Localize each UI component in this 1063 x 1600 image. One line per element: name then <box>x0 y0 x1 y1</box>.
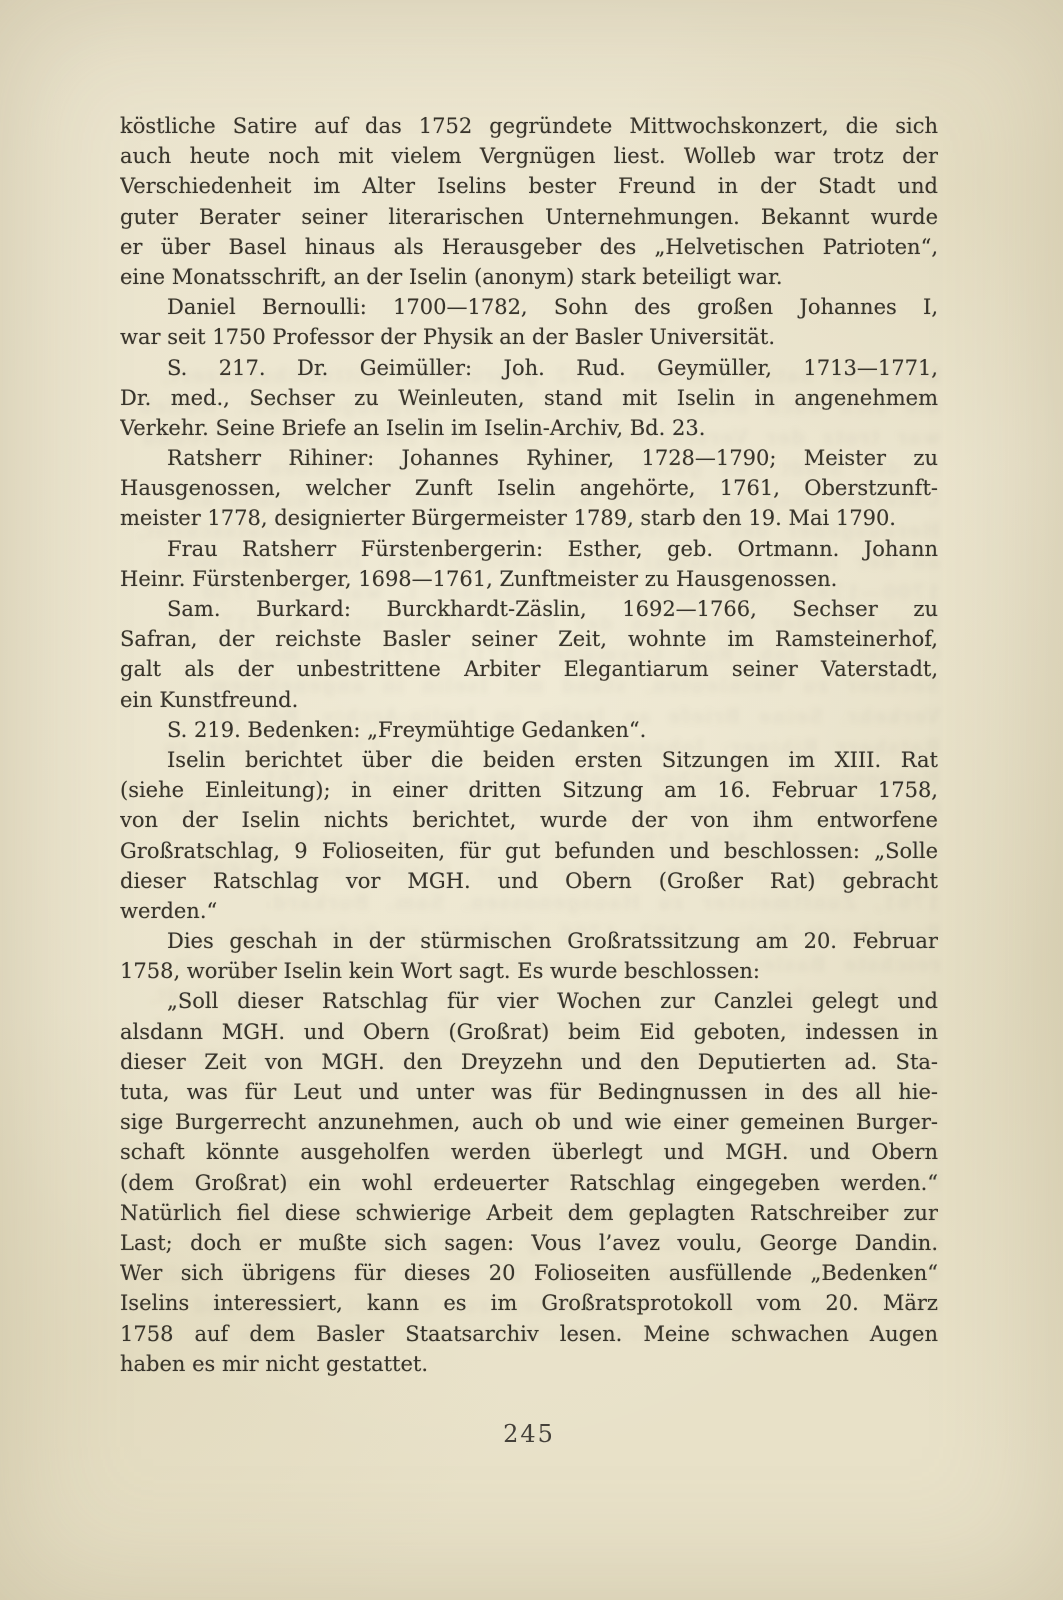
text-line: Frau Ratsherr Fürstenbergerin: Esther, g… <box>120 534 938 564</box>
text-line: Großratschlag, 9 Folioseiten, für gut be… <box>120 836 938 866</box>
page-number: 245 <box>120 1420 938 1448</box>
text-line: Natürlich fiel diese schwierige Arbeit d… <box>120 1198 938 1228</box>
text-line: Verschiedenheit im Alter Iselins bester … <box>120 171 938 201</box>
text-line: haben es mir nicht gestattet. <box>120 1349 938 1379</box>
text-line: „Soll dieser Ratschlag für vier Wochen z… <box>120 986 938 1016</box>
text-line: Wer sich übrigens für dieses 20 Foliosei… <box>120 1258 938 1288</box>
text-line: sige Burgerrecht anzunehmen, auch ob und… <box>120 1107 938 1137</box>
text-line: von der Iselin nichts berichtet, wurde d… <box>120 805 938 835</box>
text-line: (siehe Einleitung); in einer dritten Sit… <box>120 775 938 805</box>
text-line: 1758 auf dem Basler Staatsarchiv lesen. … <box>120 1319 938 1349</box>
text-line: Safran, der reichste Basler seiner Zeit,… <box>120 624 938 654</box>
text-line: er über Basel hinaus als Herausgeber des… <box>120 232 938 262</box>
text-line: guter Berater seiner literarischen Unter… <box>120 202 938 232</box>
scanned-book-page: { "document": { "kind": "scanned-book-pa… <box>0 0 1063 1600</box>
text-line: eine Monatsschrift, an der Iselin (anony… <box>120 262 938 292</box>
text-line: tuta, was für Leut und unter was für Bed… <box>120 1077 938 1107</box>
text-line: Heinr. Fürstenberger, 1698—1761, Zunftme… <box>120 564 938 594</box>
text-line: auch heute noch mit vielem Vergnügen lie… <box>120 141 938 171</box>
text-line: ein Kunstfreund. <box>120 685 938 715</box>
text-line: (dem Großrat) ein wohl erdeuerter Ratsch… <box>120 1168 938 1198</box>
text-line: schaft könnte ausgeholfen werden überleg… <box>120 1137 938 1167</box>
text-line: Daniel Bernoulli: 1700—1782, Sohn des gr… <box>120 292 938 322</box>
text-line: Verkehr. Seine Briefe an Iselin im Iseli… <box>120 413 938 443</box>
text-line: köstliche Satire auf das 1752 gegründete… <box>120 111 938 141</box>
text-line: Dr. med., Sechser zu Weinleuten, stand m… <box>120 383 938 413</box>
text-line: S. 217. Dr. Geimüller: Joh. Rud. Geymüll… <box>120 353 938 383</box>
text-line: alsdann MGH. und Obern (Großrat) beim Ei… <box>120 1017 938 1047</box>
text-line: werden.“ <box>120 896 938 926</box>
text-line: dieser Zeit von MGH. den Dreyzehn und de… <box>120 1047 938 1077</box>
page-text-block: köstliche Satire auf das 1752 gegründete… <box>120 111 938 1379</box>
text-line: Sam. Burkard: Burckhardt-Zäslin, 1692—17… <box>120 594 938 624</box>
text-line: Dies geschah in der stürmischen Großrats… <box>120 926 938 956</box>
text-line: 1758, worüber Iselin kein Wort sagt. Es … <box>120 956 938 986</box>
text-line: Iselins interessiert, kann es im Großrat… <box>120 1288 938 1318</box>
text-line: Iselin berichtet über die beiden ersten … <box>120 745 938 775</box>
text-line: galt als der unbestrittene Arbiter Elega… <box>120 654 938 684</box>
text-line: meister 1778, designierter Bürgermeister… <box>120 503 938 533</box>
text-line: Hausgenossen, welcher Zunft Iselin angeh… <box>120 473 938 503</box>
text-line: war seit 1750 Professor der Physik an de… <box>120 322 938 352</box>
text-line: dieser Ratschlag vor MGH. und Obern (Gro… <box>120 866 938 896</box>
text-line: Ratsherr Rihiner: Johannes Ryhiner, 1728… <box>120 443 938 473</box>
text-line: Last; doch er mußte sich sagen: Vous l’a… <box>120 1228 938 1258</box>
text-line: S. 219. Bedenken: „Freymühtige Gedanken“… <box>120 715 938 745</box>
